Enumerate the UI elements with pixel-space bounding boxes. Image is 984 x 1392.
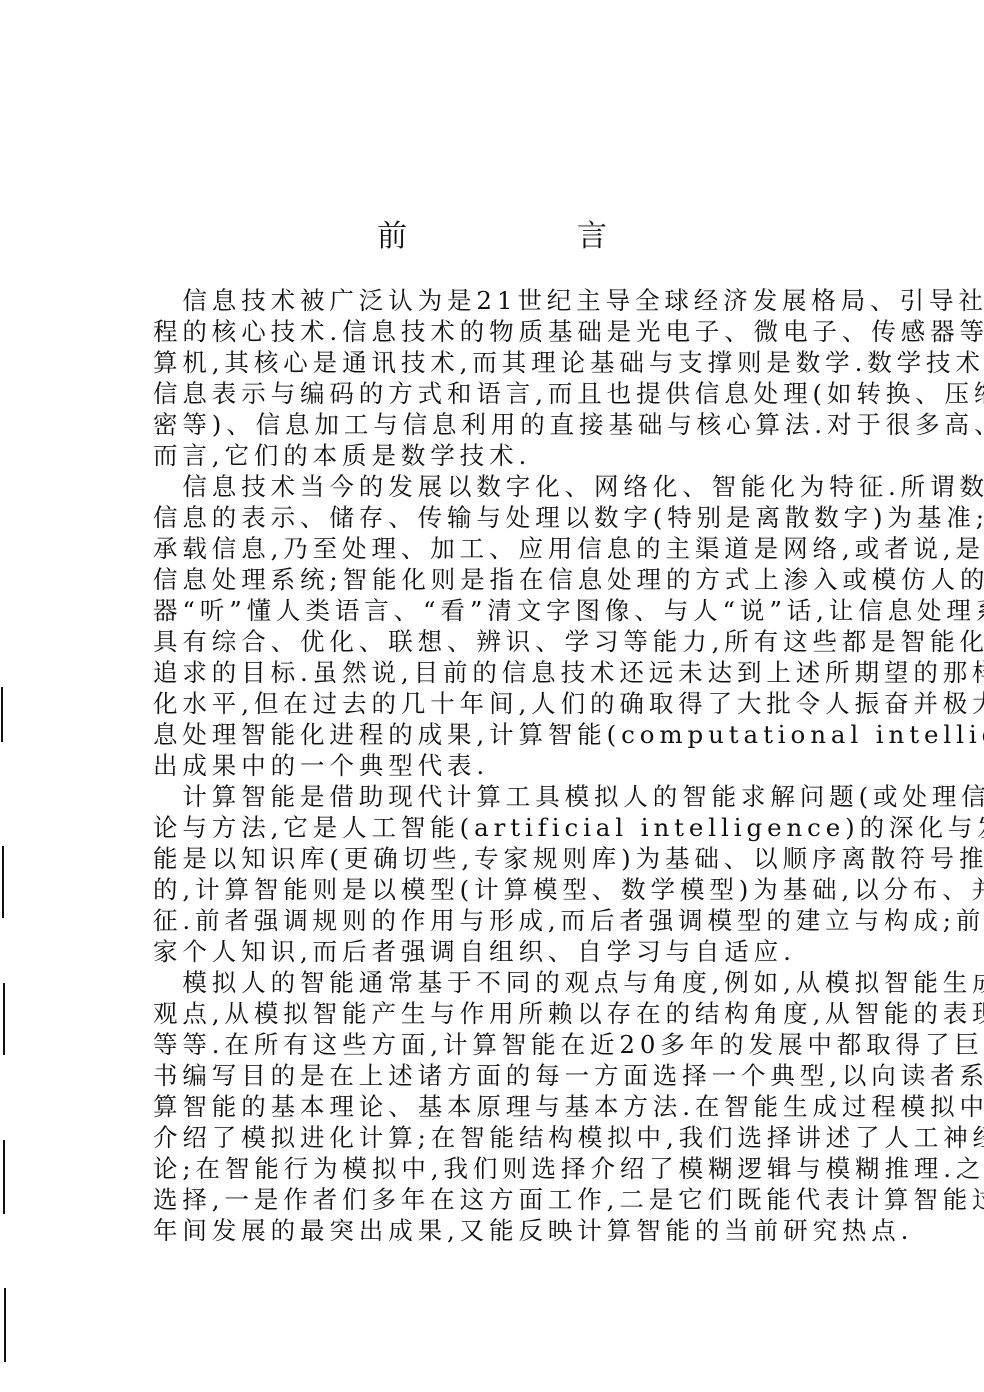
text-line: 征.前者强调规则的作用与形成,而后者强调模型的建立与构成;前者依赖专 <box>153 905 869 936</box>
text-line: 器“听”懂人类语言、“看”清文字图像、与人“说”话,让信息处理系统像人那样 <box>153 595 869 626</box>
text-line: 模拟人的智能通常基于不同的观点与角度,例如,从模拟智能生成过程的 <box>153 967 869 998</box>
page-title: 前 言 <box>0 217 984 257</box>
paragraph-1: 信息技术被广泛认为是21世纪主导全球经济发展格局、引导社会发展进 程的核心技术.… <box>153 285 869 471</box>
text-line: 算智能的基本理论、基本原理与基本方法.在智能生成过程模拟中,我们选择 <box>153 1091 869 1122</box>
text-line: 追求的目标.虽然说,目前的信息技术还远未达到上述所期望的那样高度智能 <box>153 657 869 688</box>
binding-mark <box>3 1140 5 1214</box>
text-line: 具有综合、优化、联想、辨识、学习等能力,所有这些都是智能化信息技术努力 <box>153 626 869 657</box>
text-line: 信息处理系统;智能化则是指在信息处理的方式上渗入或模仿人的智能.让机 <box>153 564 869 595</box>
text-line: 承载信息,乃至处理、加工、应用信息的主渠道是网络,或者说,是分布式并行 <box>153 533 869 564</box>
text-line: 信息表示与编码的方式和语言,而且也提供信息处理(如转换、压缩、提取、加 <box>153 378 869 409</box>
paragraph-4: 模拟人的智能通常基于不同的观点与角度,例如,从模拟智能生成过程的 观点,从模拟智… <box>153 967 869 1246</box>
text-line: 等等.在所有这些方面,计算智能在近20多年的发展中都取得了巨大成就.本 <box>153 1029 869 1060</box>
text-line: 年间发展的最突出成果,又能反映计算智能的当前研究热点. <box>153 1215 869 1246</box>
binding-mark <box>1 687 3 742</box>
binding-mark <box>4 1288 6 1362</box>
preface-body: 信息技术被广泛认为是21世纪主导全球经济发展格局、引导社会发展进 程的核心技术.… <box>153 285 869 1246</box>
text-line: 选择,一是作者们多年在这方面工作,二是它们既能代表计算智能过去20多 <box>153 1184 869 1215</box>
text-line: 论;在智能行为模拟中,我们则选择介绍了模糊逻辑与模糊推理.之所以如此 <box>153 1153 869 1184</box>
document-page: 前 言 信息技术被广泛认为是21世纪主导全球经济发展格局、引导社会发展进 程的核… <box>0 0 984 1392</box>
text-line: 化水平,但在过去的几十年间,人们的确取得了大批令人振奋并极大推动了信 <box>153 688 869 719</box>
text-line: 信息技术当今的发展以数字化、网络化、智能化为特征.所谓数字化是指 <box>153 471 869 502</box>
text-line: 家个人知识,而后者强调自组织、自学习与自适应. <box>153 936 869 967</box>
paragraph-3: 计算智能是借助现代计算工具模拟人的智能求解问题(或处理信息)的理 论与方法,它是… <box>153 781 869 967</box>
binding-mark <box>3 983 5 1055</box>
binding-mark <box>2 846 4 918</box>
text-line: 观点,从模拟智能产生与作用所赖以存在的结构角度,从智能的表现行为角度 <box>153 998 869 1029</box>
text-line: 而言,它们的本质是数学技术. <box>153 440 869 471</box>
text-line: 计算智能是借助现代计算工具模拟人的智能求解问题(或处理信息)的理 <box>153 781 869 812</box>
text-line: 论与方法,它是人工智能(artificial intelligence)的深化与… <box>153 812 869 843</box>
text-line: 程的核心技术.信息技术的物质基础是光电子、微电子、传感器等,其载体是计 <box>153 316 869 347</box>
text-line: 介绍了模拟进化计算;在智能结构模拟中,我们选择讲述了人工神经网络理 <box>153 1122 869 1153</box>
text-line: 信息技术被广泛认为是21世纪主导全球经济发展格局、引导社会发展进 <box>153 285 869 316</box>
text-line: 密等)、信息加工与信息利用的直接基础与核心算法.对于很多高、新信息技术 <box>153 409 869 440</box>
text-line: 算机,其核心是通讯技术,而其理论基础与支撑则是数学.数学技术不仅提供 <box>153 347 869 378</box>
text-line: 书编写目的是在上述诸方面的每一方面选择一个典型,以向读者系统介绍计 <box>153 1060 869 1091</box>
text-line: 能是以知识库(更确切些,专家规则库)为基础、以顺序离散符号推理为特征 <box>153 843 869 874</box>
text-line: 信息的表示、储存、传输与处理以数字(特别是离散数字)为基准;网络化是指 <box>153 502 869 533</box>
paragraph-2: 信息技术当今的发展以数字化、网络化、智能化为特征.所谓数字化是指 信息的表示、储… <box>153 471 869 781</box>
text-line: 的,计算智能则是以模型(计算模型、数学模型)为基础,以分布、并行计算为特 <box>153 874 869 905</box>
text-line: 出成果中的一个典型代表. <box>153 750 869 781</box>
text-line: 息处理智能化进程的成果,计算智能(computational intellige… <box>153 719 869 750</box>
